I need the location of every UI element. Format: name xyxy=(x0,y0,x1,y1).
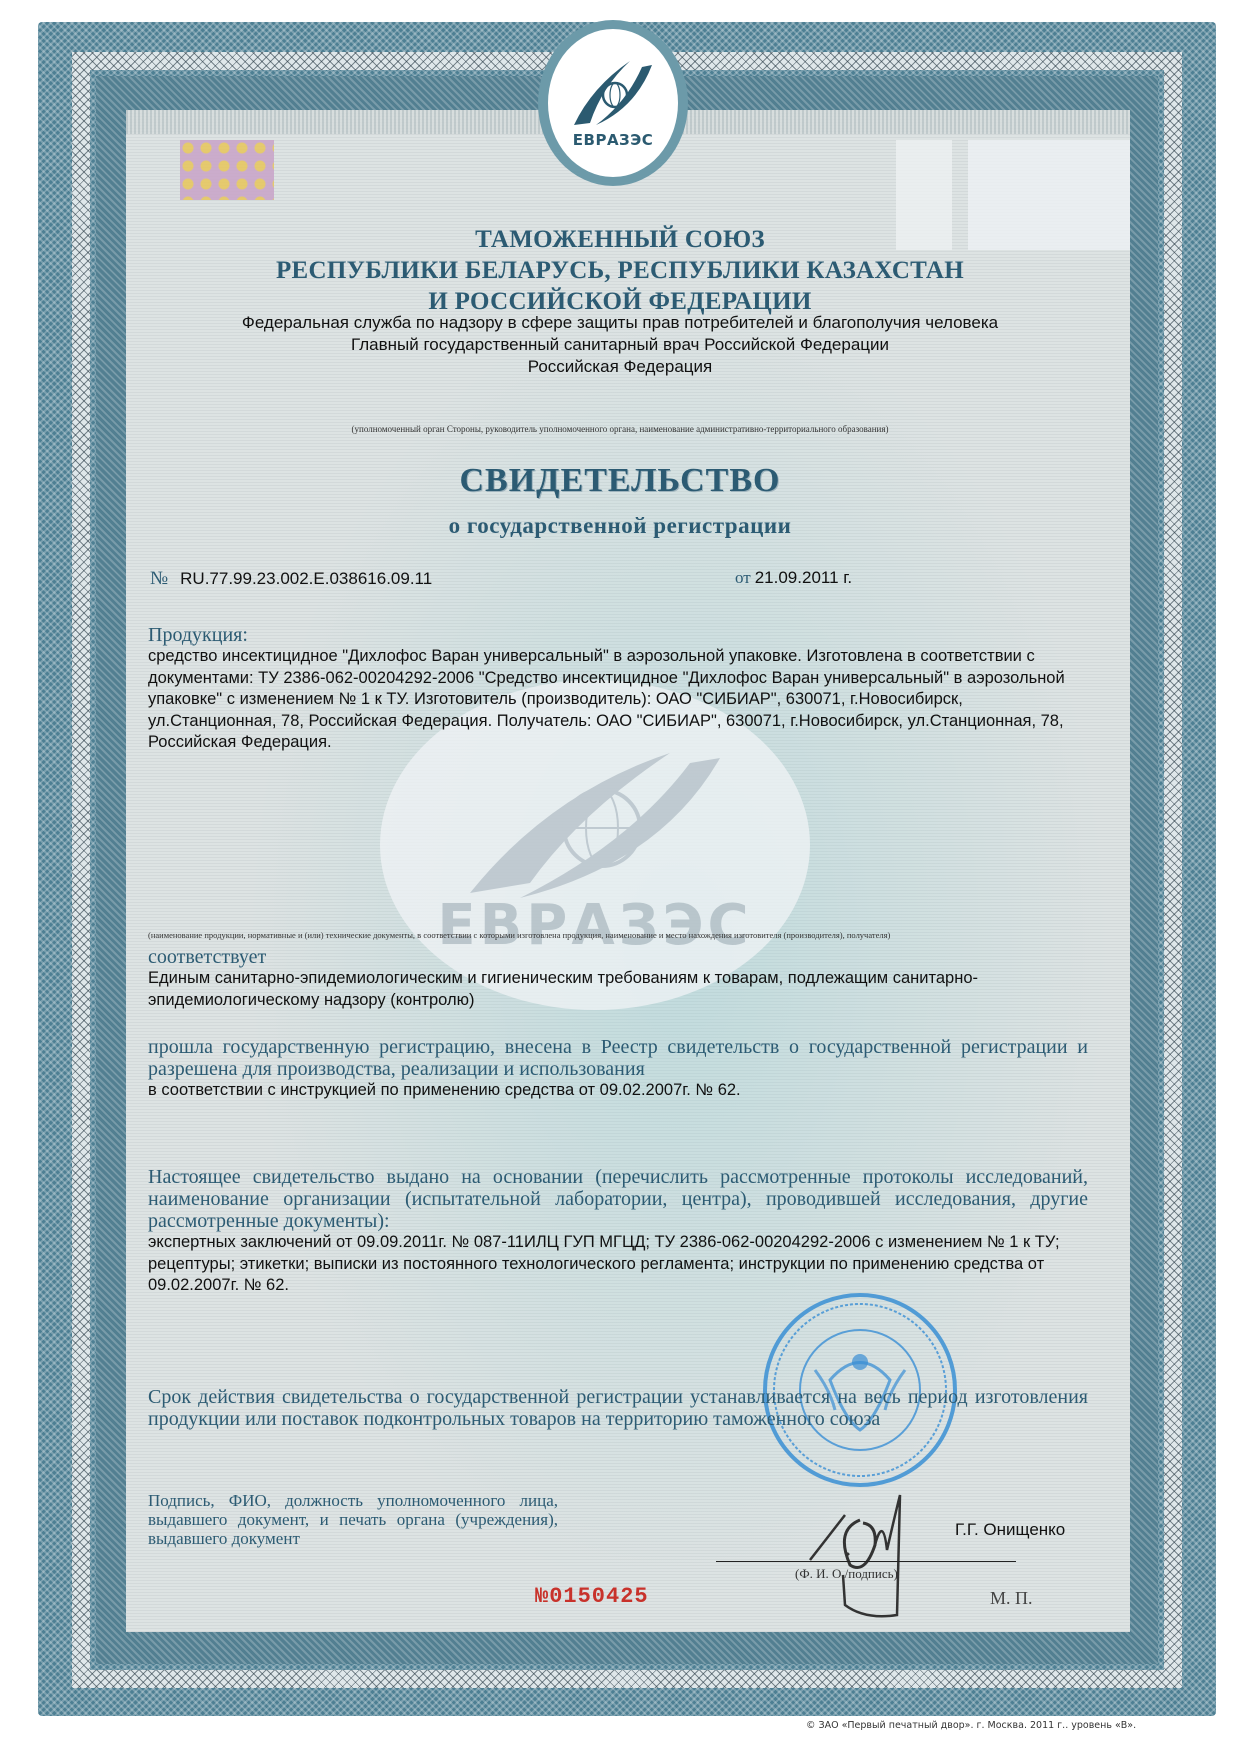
validity-text: Срок действия свидетельства о государств… xyxy=(148,1386,1088,1430)
document-subtitle: о государственной регистрации xyxy=(0,513,1240,539)
basis-text: Настоящее свидетельство выдано на основа… xyxy=(148,1166,1088,1232)
signature-label: Подпись, ФИО, должность уполномоченного … xyxy=(148,1491,558,1548)
customs-union-heading: ТАМОЖЕННЫЙ СОЮЗ РЕСПУБЛИКИ БЕЛАРУСЬ, РЕС… xyxy=(0,224,1240,317)
signature-line xyxy=(716,1561,1016,1562)
union-line: ТАМОЖЕННЫЙ СОЮЗ xyxy=(0,224,1240,255)
authority-block: Федеральная служба по надзору в сфере за… xyxy=(0,312,1240,378)
authority-line: Главный государственный санитарный врач … xyxy=(0,334,1240,356)
compliance-label: соответствует xyxy=(148,946,1088,968)
eurasec-watermark-icon xyxy=(460,733,730,903)
registration-date: 21.09.2011 г. xyxy=(755,568,852,587)
product-section: Продукция: средство инсектицидное "Дихло… xyxy=(148,624,1088,754)
registration-number: RU.77.99.23.002.E.038616.09.11 xyxy=(180,569,432,588)
union-line: РЕСПУБЛИКИ БЕЛАРУСЬ, РЕСПУБЛИКИ КАЗАХСТА… xyxy=(0,255,1240,286)
printer-note: © ЗАО «Первый печатный двор». г. Москва.… xyxy=(806,1720,1136,1731)
compliance-text: Единым санитарно-эпидемиологическим и ги… xyxy=(148,968,1088,1011)
serial-number: №0150425 xyxy=(535,1584,649,1609)
date-label: от xyxy=(735,568,751,587)
eurasec-emblem: ЕВРАЗЭС xyxy=(538,20,688,186)
basis-section: Настоящее свидетельство выдано на основа… xyxy=(148,1166,1088,1297)
number-sign: № xyxy=(150,568,168,589)
document-title: СВИДЕТЕЛЬСТВО xyxy=(0,462,1240,500)
emblem-label: ЕВРАЗЭС xyxy=(573,131,653,149)
signature-caption: (Ф. И. О./подпись) xyxy=(795,1566,898,1582)
product-caption: (наименование продукции, нормативные и (… xyxy=(148,930,1098,940)
registration-status-section: прошла государственную регистрацию, внес… xyxy=(148,1036,1088,1102)
product-label: Продукция: xyxy=(148,624,1088,646)
authority-caption: (уполномоченный орган Стороны, руководит… xyxy=(0,424,1240,434)
hologram-sticker xyxy=(180,140,274,200)
product-description: средство инсектицидное "Дихлофос Варан у… xyxy=(148,646,1088,754)
authority-line: Федеральная служба по надзору в сфере за… xyxy=(0,312,1240,334)
signatory-name: Г.Г. Онищенко xyxy=(955,1520,1065,1540)
registration-number-row: №RU.77.99.23.002.E.038616.09.11 от21.09.… xyxy=(150,568,1050,590)
handwritten-signature-icon xyxy=(805,1475,915,1625)
authority-line: Российская Федерация xyxy=(0,356,1240,378)
eurasec-logo-icon xyxy=(572,57,654,127)
seal-mark: М. П. xyxy=(990,1588,1033,1609)
validity-section: Срок действия свидетельства о государств… xyxy=(148,1386,1088,1430)
registration-status-detail: в соответствии с инструкцией по применен… xyxy=(148,1080,1088,1102)
registration-status-text: прошла государственную регистрацию, внес… xyxy=(148,1036,1088,1080)
compliance-section: соответствует Единым санитарно-эпидемиол… xyxy=(148,946,1088,1011)
basis-detail: экспертных заключений от 09.09.2011г. № … xyxy=(148,1232,1088,1297)
